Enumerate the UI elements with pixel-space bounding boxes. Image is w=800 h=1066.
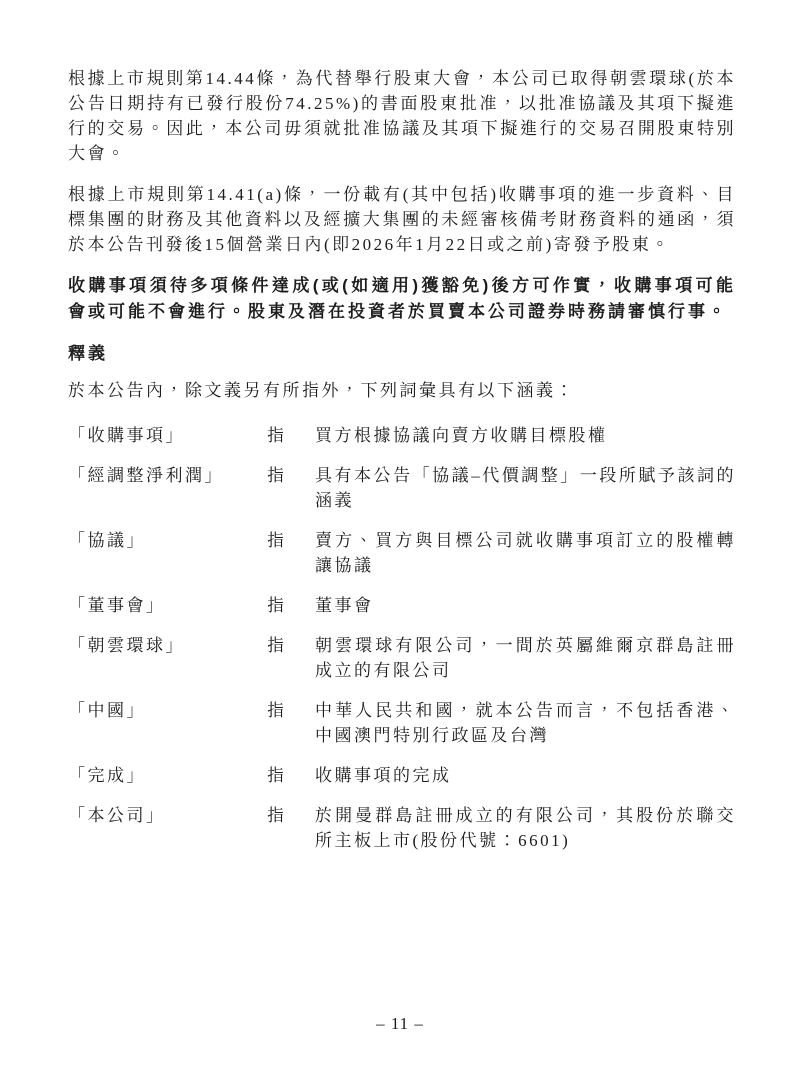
definitions-heading: 釋義 (68, 341, 736, 366)
definition-term: 「董事會」 (68, 593, 267, 618)
definition-text: 買方根據協議向賣方收購目標股權 (315, 423, 736, 448)
paragraph-rule-14-41a: 根據上市規則第14.41(a)條，一份載有(其中包括)收購事項的進一步資料、目標… (68, 182, 736, 257)
page-number: – 11 – (0, 1014, 800, 1034)
definition-text: 於開曼群島註冊成立的有限公司，其股份於聯交所主板上市(股份代號：6601) (315, 803, 736, 853)
definitions-table: 「收購事項」 指 買方根據協議向賣方收購目標股權 「經調整淨利潤」 指 具有本公… (68, 423, 736, 853)
warning-paragraph: 收購事項須待多項條件達成(或(如適用)獲豁免)後方可作實，收購事項可能會或可能不… (68, 273, 736, 325)
definition-term: 「中國」 (68, 698, 267, 748)
definition-connector: 指 (267, 423, 315, 448)
definition-connector: 指 (267, 698, 315, 748)
definition-connector: 指 (267, 528, 315, 578)
definition-term: 「完成」 (68, 763, 267, 788)
definition-text: 董事會 (315, 593, 736, 618)
definition-connector: 指 (267, 763, 315, 788)
definition-text: 賣方、買方與目標公司就收購事項訂立的股權轉讓協議 (315, 528, 736, 578)
paragraph-rule-14-44: 根據上市規則第14.44條，為代替舉行股東大會，本公司已取得朝雲環球(於本公告日… (68, 66, 736, 166)
definition-connector: 指 (267, 803, 315, 853)
definition-text: 收購事項的完成 (315, 763, 736, 788)
definition-text: 朝雲環球有限公司，一間於英屬維爾京群島註冊成立的有限公司 (315, 633, 736, 683)
document-page: 根據上市規則第14.44條，為代替舉行股東大會，本公司已取得朝雲環球(於本公告日… (0, 0, 800, 1066)
definition-term: 「經調整淨利潤」 (68, 463, 267, 513)
definition-connector: 指 (267, 463, 315, 513)
definition-term: 「朝雲環球」 (68, 633, 267, 683)
definitions-intro: 於本公告內，除文義另有所指外，下列詞彙具有以下涵義： (68, 378, 736, 403)
definition-term: 「本公司」 (68, 803, 267, 853)
definition-text: 具有本公告「協議–代價調整」一段所賦予該詞的涵義 (315, 463, 736, 513)
definition-term: 「協議」 (68, 528, 267, 578)
definition-text: 中華人民共和國，就本公告而言，不包括香港、中國澳門特別行政區及台灣 (315, 698, 736, 748)
definition-term: 「收購事項」 (68, 423, 267, 448)
definition-connector: 指 (267, 633, 315, 683)
definition-connector: 指 (267, 593, 315, 618)
document-content: 根據上市規則第14.44條，為代替舉行股東大會，本公司已取得朝雲環球(於本公告日… (0, 0, 800, 853)
